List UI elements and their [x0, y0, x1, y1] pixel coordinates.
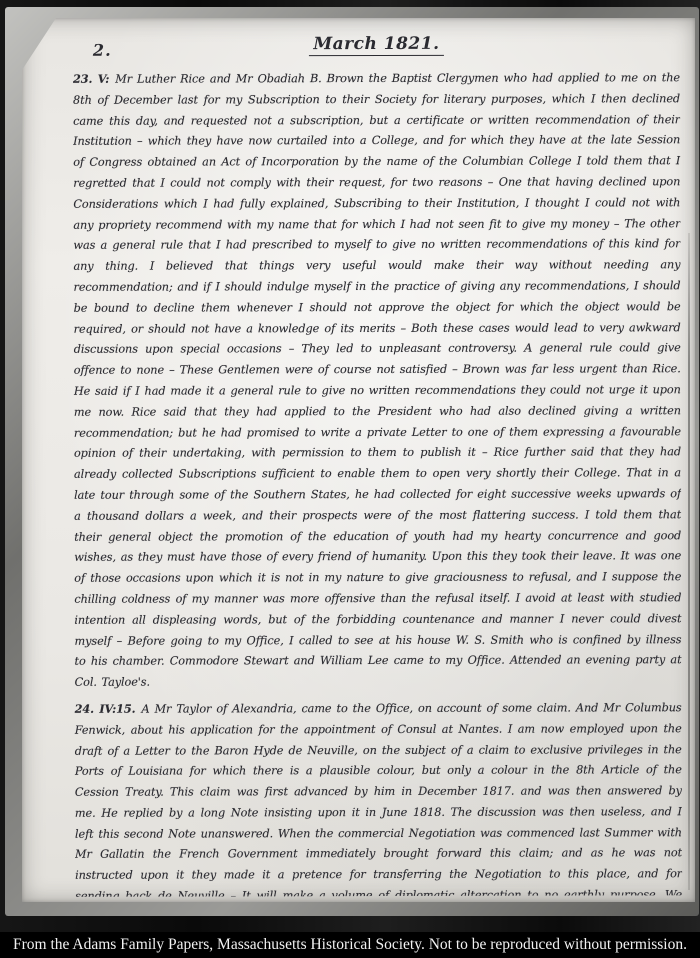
page-title-text: March 1821. [309, 34, 443, 56]
credit-line: From the Adams Family Papers, Massachuse… [0, 932, 700, 958]
manuscript-photo: 2. March 1821. 23. V:Mr Luther Rice and … [0, 0, 700, 932]
page-title: March 1821. [73, 33, 680, 57]
entry-text: A Mr Taylor of Alexandria, came to the O… [75, 701, 682, 897]
diary-entry: 24. IV:15.A Mr Taylor of Alexandria, cam… [75, 697, 683, 897]
diary-entry: 23. V:Mr Luther Rice and Mr Obadiah B. B… [73, 67, 682, 693]
handwriting-area: 2. March 1821. 23. V:Mr Luther Rice and … [73, 31, 682, 897]
entry-date-marker: 24. IV:15. [75, 702, 142, 716]
page-edge-line [688, 233, 690, 890]
manuscript-paper: 2. March 1821. 23. V:Mr Luther Rice and … [22, 18, 695, 902]
entry-date-marker: 23. V: [73, 72, 115, 86]
page-header: 2. March 1821. [73, 31, 680, 69]
entry-text: Mr Luther Rice and Mr Obadiah B. Brown t… [73, 71, 682, 689]
